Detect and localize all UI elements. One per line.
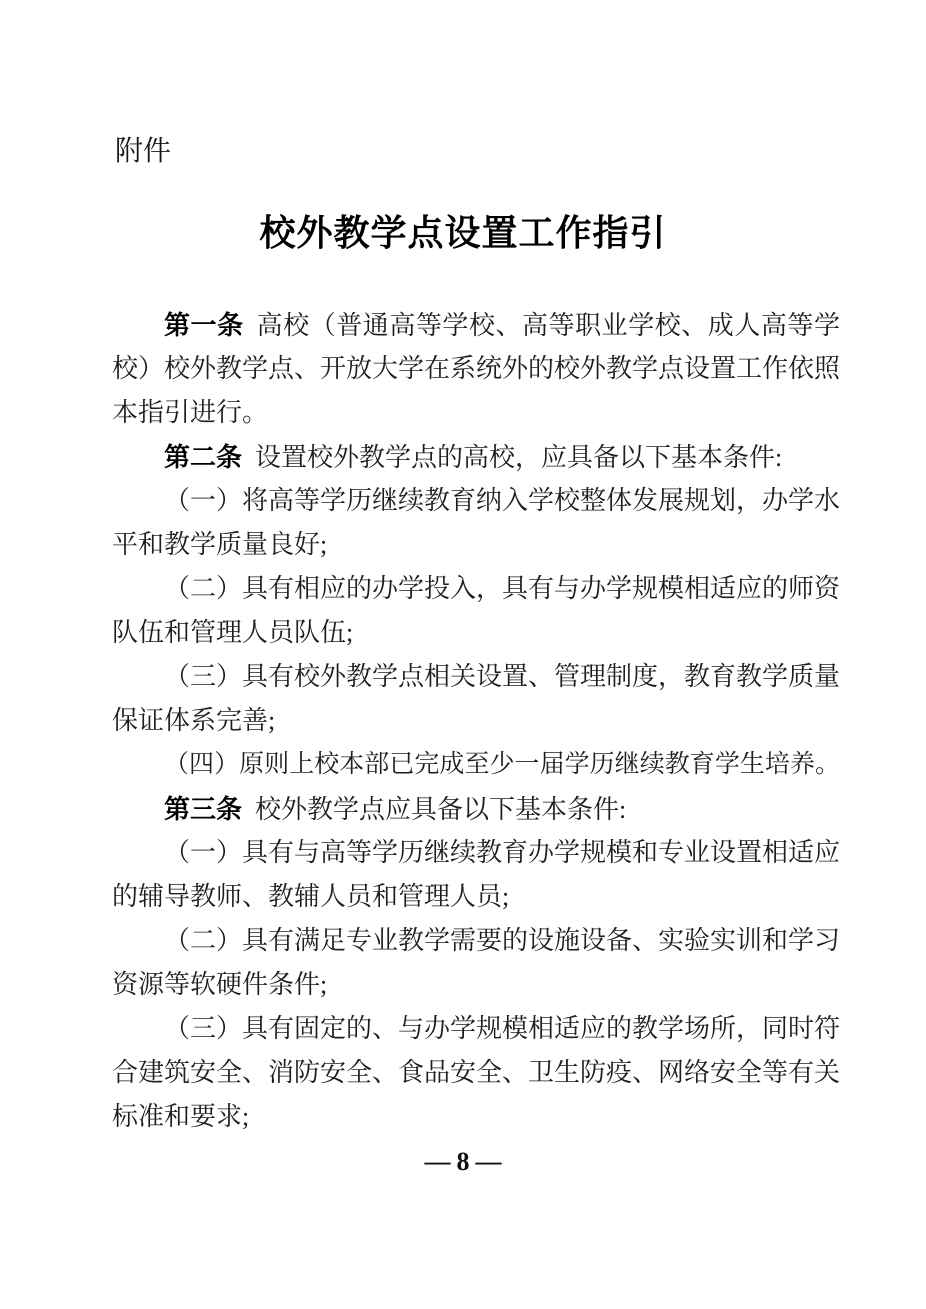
page-footer: —8— — [0, 1147, 926, 1177]
text-line: 本指引进行。 — [112, 391, 840, 435]
clause-paragraph: （三）具有校外教学点相关设置、管理制度，教育教学质量 保证体系完善; — [112, 655, 840, 743]
text-line: 合建筑安全、消防安全、食品安全、卫生防疫、网络安全等有关 — [112, 1051, 840, 1095]
text-line: 标准和要求; — [112, 1095, 840, 1139]
footer-dash-right: — — [476, 1147, 502, 1176]
text-line: （二）具有满足专业教学需要的设施设备、实验实训和学习 — [112, 919, 840, 963]
text-line: （三）具有固定的、与办学规模相适应的教学场所，同时符 — [112, 1007, 840, 1051]
text-line: 保证体系完善; — [112, 699, 840, 743]
text-line: 队伍和管理人员队伍; — [112, 611, 840, 655]
clause-paragraph: （一）将高等学历继续教育纳入学校整体发展规划，办学水 平和教学质量良好; — [112, 479, 840, 567]
clause-paragraph: （一）具有与高等学历继续教育办学规模和专业设置相适应 的辅导教师、教辅人员和管理… — [112, 831, 840, 919]
text-line: （三）具有校外教学点相关设置、管理制度，教育教学质量 — [112, 655, 840, 699]
text-line: 资源等软硬件条件; — [112, 963, 840, 1007]
article-paragraph: 第一条高校（普通高等学校、高等职业学校、成人高等学 校）校外教学点、开放大学在系… — [112, 303, 840, 435]
clause-paragraph: （二）具有满足专业教学需要的设施设备、实验实训和学习 资源等软硬件条件; — [112, 919, 840, 1007]
text-line: （二）具有相应的办学投入，具有与办学规模相适应的师资 — [112, 567, 840, 611]
text-line: 第一条高校（普通高等学校、高等职业学校、成人高等学 — [112, 303, 840, 347]
document-body: 第一条高校（普通高等学校、高等职业学校、成人高等学 校）校外教学点、开放大学在系… — [0, 303, 926, 1139]
line-text: 设置校外教学点的高校，应具备以下基本条件: — [255, 443, 782, 472]
article-number: 第二条 — [164, 442, 242, 472]
text-line: （四）原则上校本部已完成至少一届学历继续教育学生培养。 — [112, 743, 840, 787]
line-text: 高校（普通高等学校、高等职业学校、成人高等学 — [257, 311, 840, 340]
text-line: 第三条校外教学点应具备以下基本条件: — [112, 787, 840, 831]
text-line: 第二条设置校外教学点的高校，应具备以下基本条件: — [112, 435, 840, 479]
article-paragraph: 第二条设置校外教学点的高校，应具备以下基本条件: — [112, 435, 840, 479]
text-line: （一）将高等学历继续教育纳入学校整体发展规划，办学水 — [112, 479, 840, 523]
clause-paragraph: （三）具有固定的、与办学规模相适应的教学场所，同时符 合建筑安全、消防安全、食品… — [112, 1007, 840, 1139]
document-title: 校外教学点设置工作指引 — [0, 211, 926, 255]
text-line: 的辅导教师、教辅人员和管理人员; — [112, 875, 840, 919]
text-line: （一）具有与高等学历继续教育办学规模和专业设置相适应 — [112, 831, 840, 875]
attachment-label: 附件 — [115, 0, 926, 168]
page-number: 8 — [457, 1147, 470, 1176]
article-number: 第一条 — [164, 310, 244, 340]
footer-dash-left: — — [425, 1147, 451, 1176]
article-paragraph: 第三条校外教学点应具备以下基本条件: — [112, 787, 840, 831]
clause-paragraph: （二）具有相应的办学投入，具有与办学规模相适应的师资 队伍和管理人员队伍; — [112, 567, 840, 655]
document-page: 附件 校外教学点设置工作指引 第一条高校（普通高等学校、高等职业学校、成人高等学… — [0, 0, 926, 1309]
line-text: 校外教学点应具备以下基本条件: — [255, 795, 626, 824]
text-line: 校）校外教学点、开放大学在系统外的校外教学点设置工作依照 — [112, 347, 840, 391]
article-number: 第三条 — [164, 794, 242, 824]
text-line: 平和教学质量良好; — [112, 523, 840, 567]
clause-paragraph: （四）原则上校本部已完成至少一届学历继续教育学生培养。 — [112, 743, 840, 787]
